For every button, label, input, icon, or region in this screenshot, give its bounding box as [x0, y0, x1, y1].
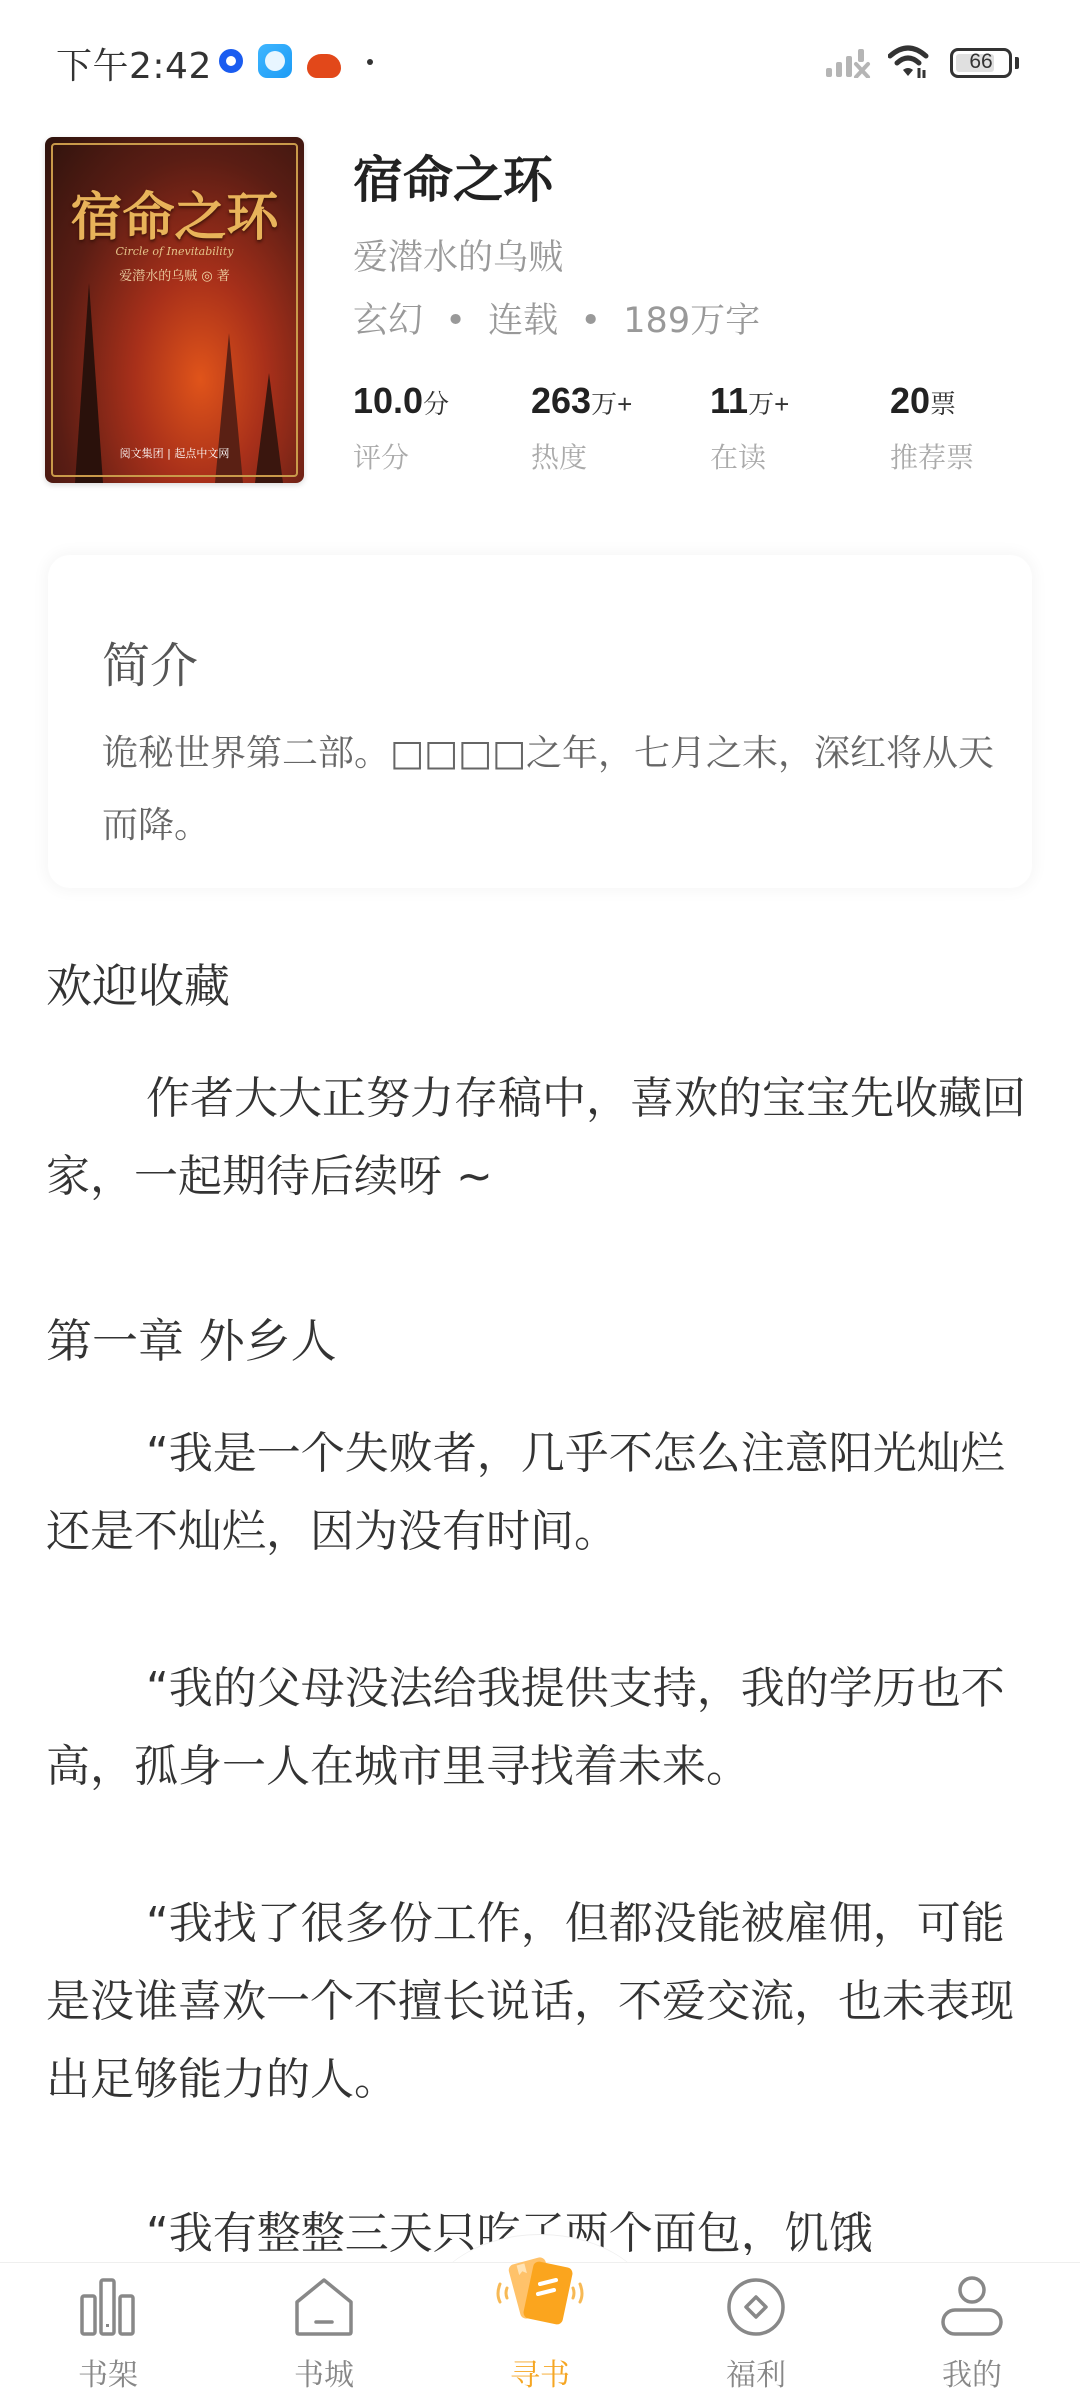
- nav-label-profile: 我的: [864, 2350, 1080, 2394]
- stat-popularity-label: 热度: [531, 436, 632, 476]
- bookstore-home-icon: [289, 2272, 359, 2342]
- nav-item-find-book[interactable]: 寻书: [432, 2262, 648, 2400]
- stat-reading-label: 在读: [710, 436, 789, 476]
- nav-label-bookstore: 书城: [216, 2350, 432, 2394]
- nav-item-bookstore[interactable]: 书城: [216, 2262, 432, 2400]
- more-notifications-dot-icon: [367, 59, 373, 65]
- section-title-welcome: 欢迎收藏: [46, 950, 230, 1016]
- stat-popularity-value: 263: [531, 380, 591, 421]
- cover-publisher: 阅文集团 | 起点中文网: [45, 445, 304, 461]
- paragraph: “我的父母没法给我提供支持，我的学历也不高，孤身一人在城市里寻找着未来。: [46, 1650, 1036, 1806]
- intro-text: 诡秘世界第二部。□□□□之年，七月之末，深红将从天而降。: [102, 718, 1002, 862]
- status-time: 下午2:42: [56, 38, 212, 89]
- stat-rating[interactable]: 10.0分 评分: [353, 380, 449, 476]
- cover-author: 爱潜水的乌贼 ◎ 著: [45, 265, 304, 284]
- stat-rating-value: 10.0: [353, 380, 423, 421]
- book-cover[interactable]: 宿命之环 Circle of Inevitability 爱潜水的乌贼 ◎ 著 …: [45, 137, 304, 483]
- chapter-title: 第一章 外乡人: [46, 1305, 337, 1371]
- stat-popularity-unit: 万+: [591, 389, 632, 419]
- battery-tip: [1015, 57, 1019, 69]
- wifi-icon: [888, 44, 932, 80]
- book-stats: 10.0分 评分 263万+ 热度 11万+ 在读 20票 推荐票: [353, 380, 1033, 490]
- nav-label-welfare: 福利: [648, 2350, 864, 2394]
- intro-heading: 简介: [102, 627, 198, 696]
- nav-item-welfare[interactable]: 福利: [648, 2262, 864, 2400]
- stat-reading[interactable]: 11万+ 在读: [710, 380, 789, 476]
- battery-level: 66: [953, 50, 1009, 74]
- book-title: 宿命之环: [353, 140, 553, 212]
- blue-circle-app-icon: [214, 44, 248, 78]
- battery-icon: 66: [950, 48, 1012, 78]
- status-bar: 下午2:42 66: [0, 0, 1080, 120]
- nav-label-find-book: 寻书: [432, 2350, 648, 2394]
- coin-welfare-icon: [721, 2272, 791, 2342]
- stat-votes-unit: 票: [930, 389, 956, 419]
- book-meta: 玄幻 • 连载 • 189万字: [353, 293, 760, 343]
- tomato-novel-app-icon: [306, 44, 340, 78]
- paragraph: “我是一个失败者，几乎不怎么注意阳光灿烂还是不灿烂，因为没有时间。: [46, 1415, 1036, 1571]
- blue-chat-app-icon: [258, 44, 292, 78]
- nav-item-bookshelf[interactable]: 书架: [0, 2262, 216, 2400]
- paragraph: “我找了很多份工作，但都没能被雇佣，可能是没谁喜欢一个不擅长说话，不爱交流，也未…: [46, 1885, 1036, 2119]
- intro-card[interactable]: 简介 诡秘世界第二部。□□□□之年，七月之末，深红将从天而降。: [48, 555, 1032, 888]
- find-book-icon: [490, 2240, 590, 2340]
- book-author-link[interactable]: 爱潜水的乌贼: [353, 230, 563, 280]
- nav-item-profile[interactable]: 我的: [864, 2262, 1080, 2400]
- nav-label-bookshelf: 书架: [0, 2350, 216, 2394]
- bookshelf-icon: [73, 2272, 143, 2342]
- signal-no-service-icon: [826, 48, 876, 78]
- cover-title: 宿命之环: [45, 175, 304, 250]
- stat-votes-label: 推荐票: [890, 436, 974, 476]
- stat-rating-label: 评分: [353, 436, 449, 476]
- stat-votes-value: 20: [890, 380, 930, 421]
- stat-popularity[interactable]: 263万+ 热度: [531, 380, 632, 476]
- stat-rating-unit: 分: [423, 389, 449, 419]
- stat-recommend-votes[interactable]: 20票 推荐票: [890, 380, 974, 476]
- profile-icon: [937, 2272, 1007, 2342]
- stat-reading-value: 11: [710, 380, 748, 421]
- paragraph: 作者大大正努力存稿中，喜欢的宝宝先收藏回家，一起期待后续呀 ~: [46, 1060, 1036, 1216]
- stat-reading-unit: 万+: [748, 389, 789, 419]
- cover-subtitle: Circle of Inevitability: [45, 245, 304, 258]
